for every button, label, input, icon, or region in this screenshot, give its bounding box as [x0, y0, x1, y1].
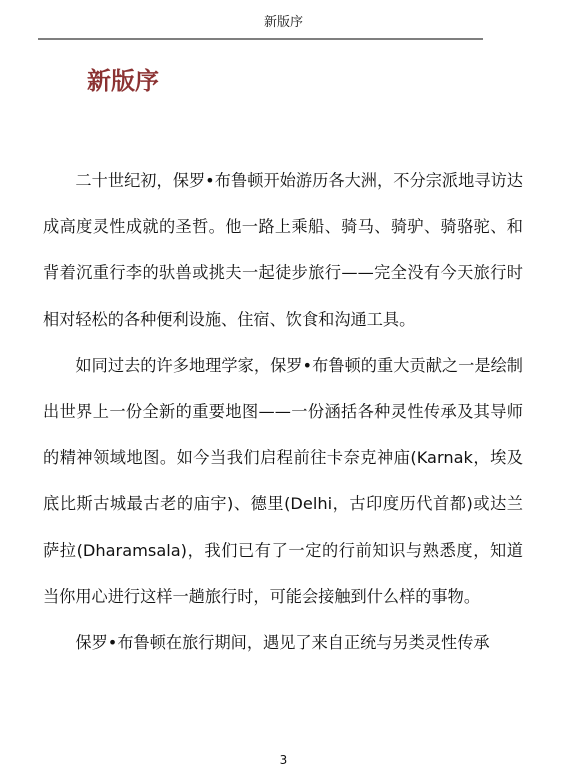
paragraph: 二十世纪初，保罗•布鲁顿开始游历各大洲，不分宗派地寻访达成高度灵性成就的圣哲。他…	[43, 158, 523, 343]
paragraph: 如同过去的许多地理学家，保罗•布鲁顿的重大贡献之一是绘制出世界上一份全新的重要地…	[43, 343, 523, 620]
body-text: 二十世纪初，保罗•布鲁顿开始游历各大洲，不分宗派地寻访达成高度灵性成就的圣哲。他…	[43, 158, 523, 666]
paragraph: 保罗•布鲁顿在旅行期间，遇见了来自正统与另类灵性传承	[43, 620, 523, 666]
running-header: 新版序	[0, 14, 567, 32]
chapter-title: 新版序	[87, 66, 159, 96]
page-number: 3	[0, 752, 567, 768]
header-divider	[38, 38, 483, 40]
